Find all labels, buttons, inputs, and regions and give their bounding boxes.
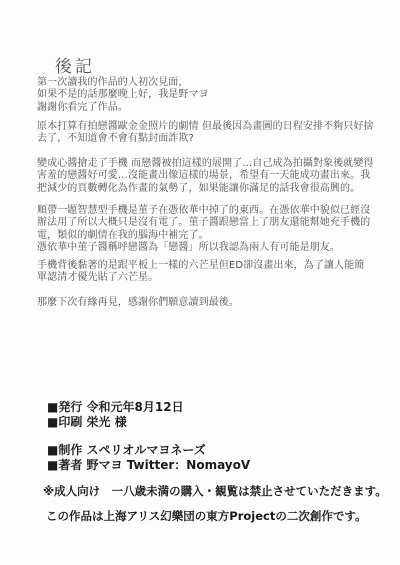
colophon-production: ■制作 スペリオルマヨネーズ: [47, 443, 206, 458]
afterword-paragraph-smartphone: 順帶一題智慧型手機是菫子在憑依華中掉了的東西。在憑依華中貌似已經沒 辦法用了所以…: [37, 205, 381, 255]
page-title: 後記: [55, 52, 95, 77]
colophon-published: ■発行 令和元年8月12日: [47, 400, 184, 415]
colophon-author: ■著者 野マヨ Twitter：NomayoV: [47, 458, 250, 473]
afterword-paragraph-story: 變成心醬搶走了手機 而戀醬被拍這樣的展開了…自己成為拍攝對象後就變得 害羞的戀醬…: [37, 158, 381, 195]
notice-derivative-work: この作品は上海アリス幻樂団の東方Projectの二次創作です。: [46, 508, 366, 524]
afterword-paragraph-greeting: 第一次讀我的作品的人初次見面， 如果不是的話那麼晚上好，我是野マヨ 謝謝你看完了…: [37, 77, 381, 114]
afterword-paragraph-hexagram: 手機背後黏著的是跟平板上一樣的六芒星但ED卻沒畫出來，為了讓人能簡 單認清才優先…: [37, 260, 381, 285]
afterword-paragraph-farewell: 那麼下次有緣再見，感謝你們願意讀到最後。: [37, 297, 381, 309]
afterword-page: 後記 第一次讀我的作品的人初次見面， 如果不是的話那麼晚上好，我是野マヨ 謝謝你…: [0, 0, 400, 565]
colophon-printer: ■印刷 栄光 様: [47, 415, 127, 430]
afterword-paragraph-cover: 原本打算有拍戀醬歐金金照片的劇情 但最後因為畫圖的日程安排不夠只好捨 去了，不知…: [37, 121, 381, 146]
notice-age-restriction: ※成人向け 一八歳未満の購入・観覧は禁止させていただきます。: [43, 483, 387, 499]
